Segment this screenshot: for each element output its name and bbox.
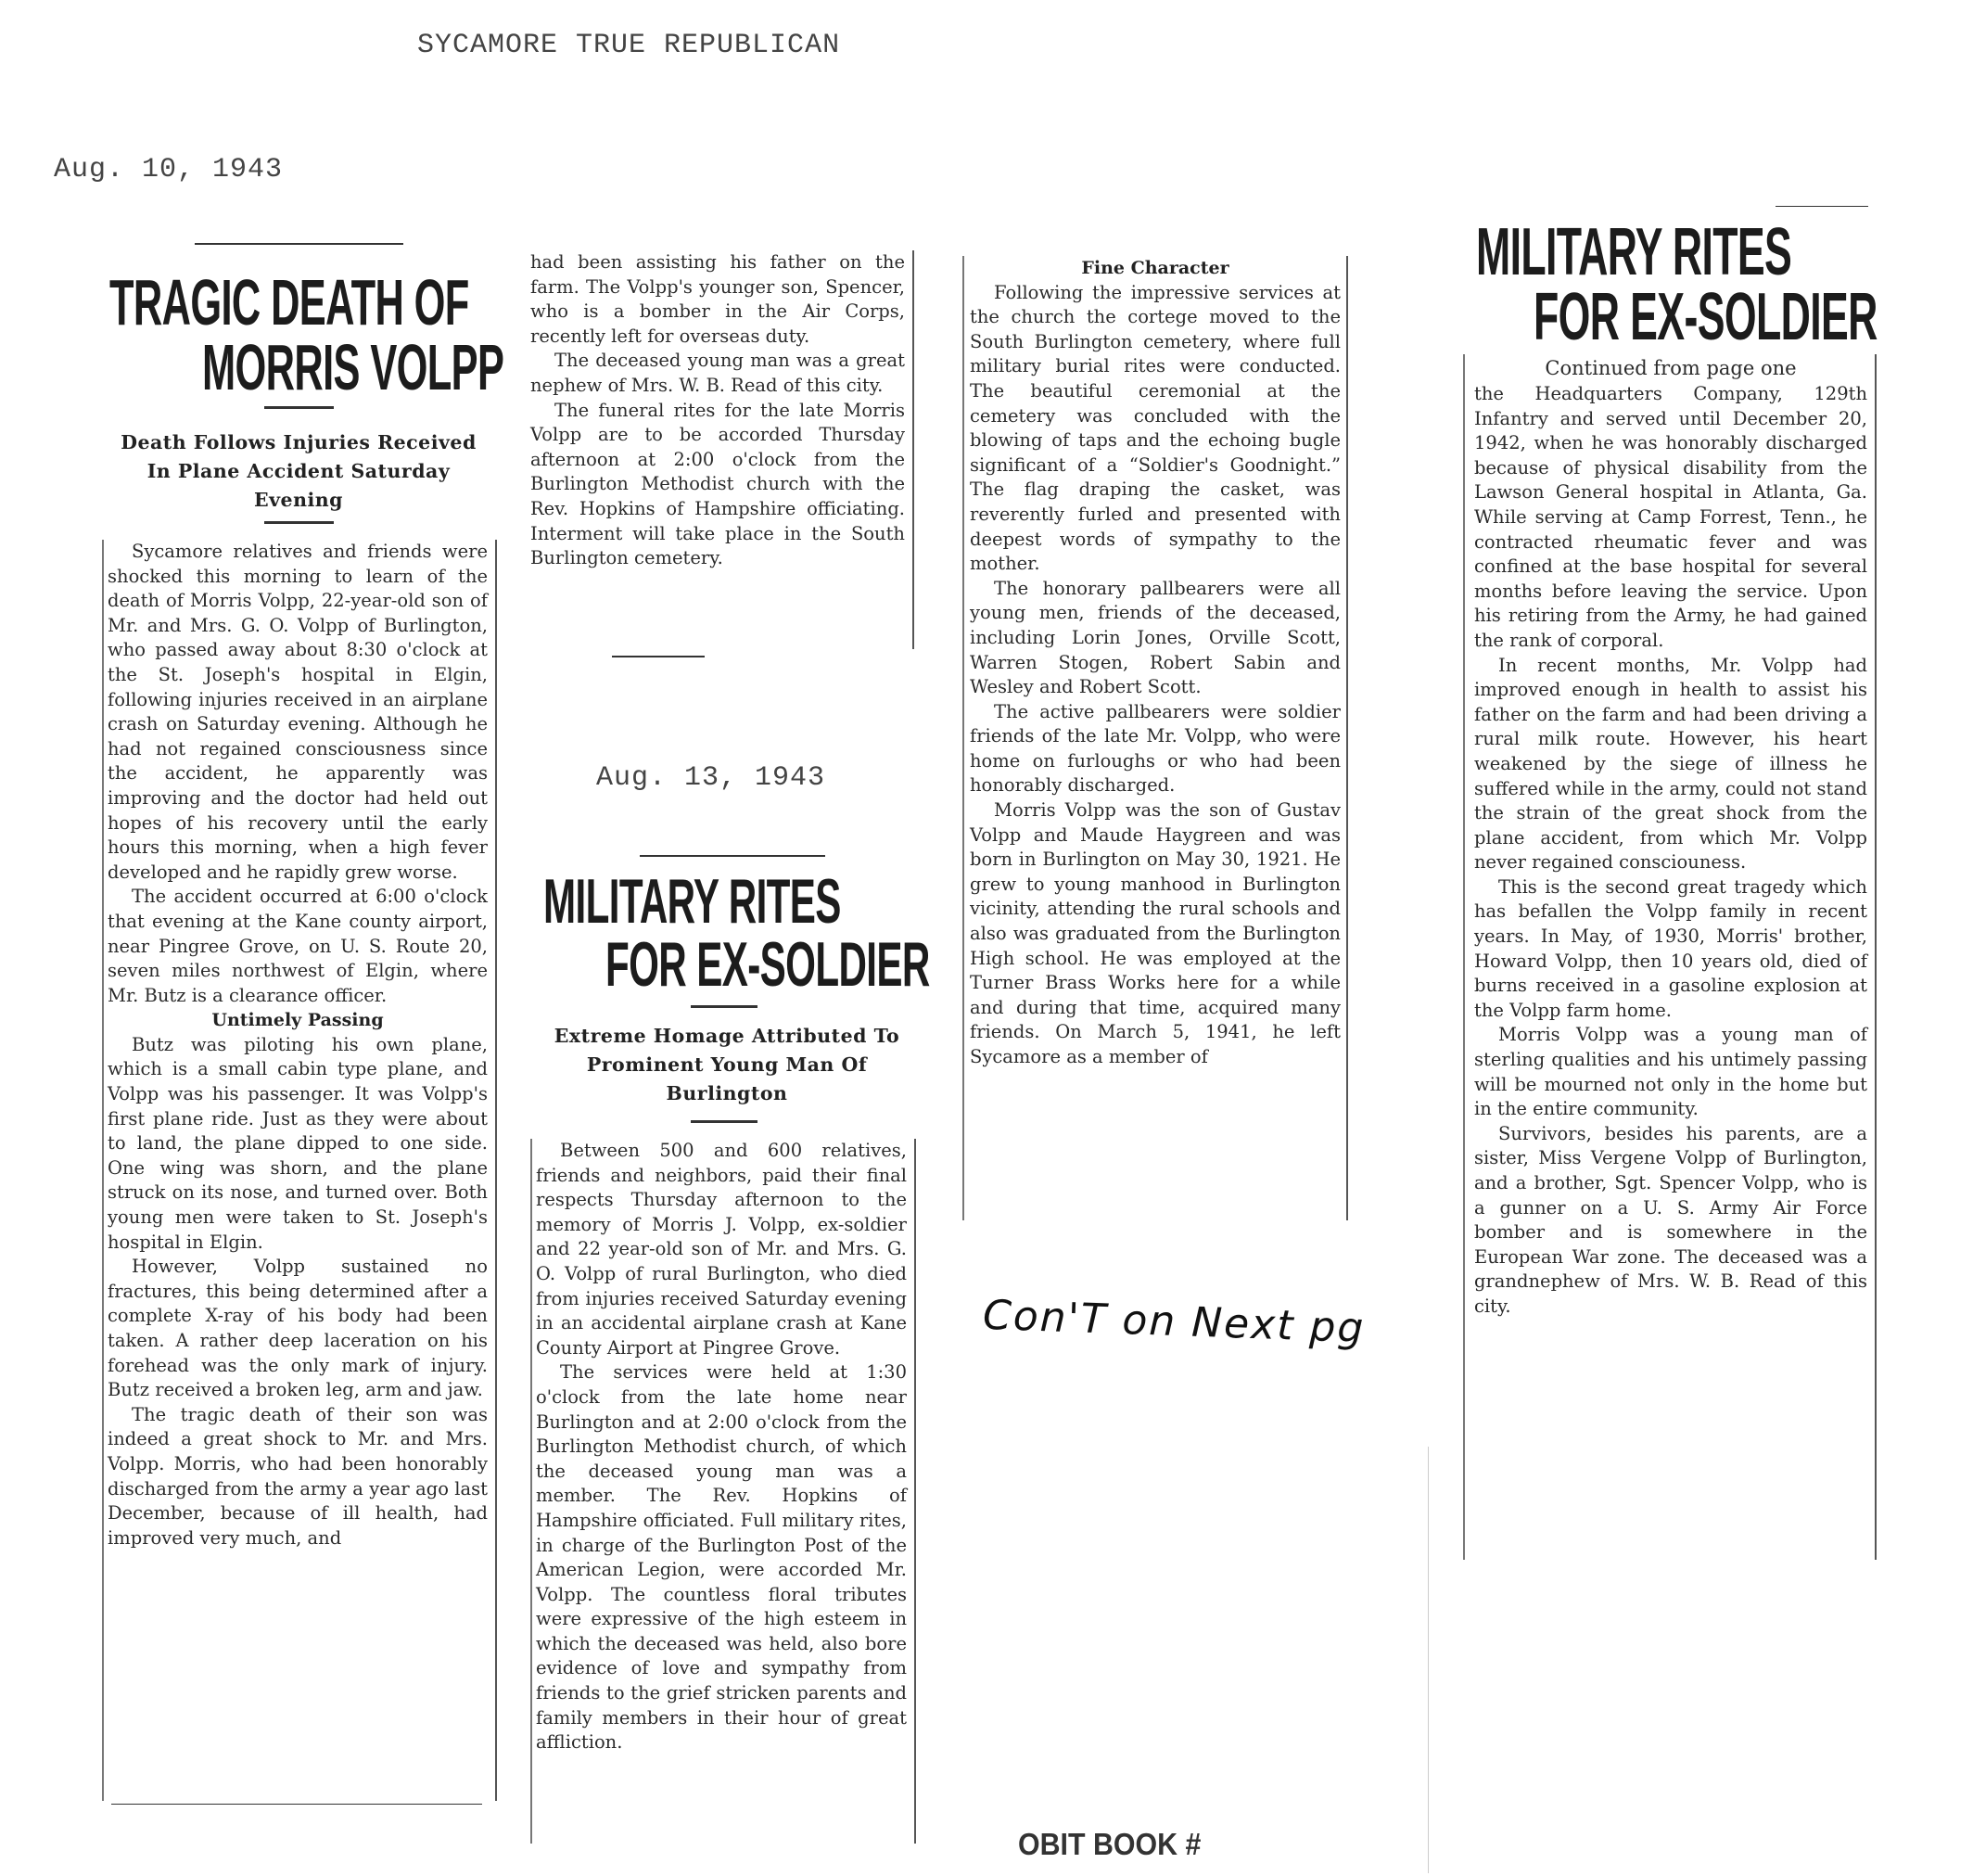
rule <box>264 406 334 409</box>
paragraph: Morris Volpp was the son of Gustav Volpp… <box>970 798 1341 1070</box>
paragraph: The active pallbearers were soldier frie… <box>970 700 1341 798</box>
paragraph: However, Volpp sustained no fractures, t… <box>108 1255 488 1403</box>
paragraph: Morris Volpp was a young man of sterling… <box>1474 1023 1867 1121</box>
paragraph: had been assisting his father on the far… <box>530 250 905 349</box>
paragraph: Butz was piloting his own plane, which i… <box>108 1033 488 1255</box>
end-rule <box>612 656 705 657</box>
rule <box>691 1120 757 1123</box>
article2-column-1: Between 500 and 600 relatives, friends a… <box>530 1139 916 1844</box>
article3-column: Continued from page one the Headquarters… <box>1463 354 1877 1560</box>
paragraph: The tragic death of their son was indeed… <box>108 1403 488 1551</box>
article1-column-1: Sycamore relatives and friends were shoc… <box>102 540 497 1801</box>
paragraph: The honorary pallbearers were all young … <box>970 577 1341 700</box>
paragraph: Following the impressive services at the… <box>970 281 1341 577</box>
headline-line-2: FOR EX-SOLDIER <box>605 933 930 996</box>
article1-deck: Death Follows Injuries Received In Plane… <box>106 428 491 515</box>
paragraph: the Headquarters Company, 129th Infantry… <box>1474 382 1867 654</box>
paragraph: Sycamore relatives and friends were shoc… <box>108 540 488 885</box>
paragraph: Between 500 and 600 relatives, friends a… <box>536 1139 907 1360</box>
bottom-rule <box>111 1804 482 1805</box>
paragraph: Survivors, besides his parents, are a si… <box>1474 1122 1867 1320</box>
paragraph: In recent months, Mr. Volpp had improved… <box>1474 654 1867 875</box>
paragraph: The accident occurred at 6:00 o'clock th… <box>108 885 488 1008</box>
paragraph: The services were held at 1:30 o'clock f… <box>536 1360 907 1755</box>
article1-column-2: had been assisting his father on the far… <box>530 250 914 649</box>
headline-line-2: MORRIS VOLPP <box>202 335 503 400</box>
subhead-fine-character: Fine Character <box>970 256 1341 281</box>
article-military-rites: MILITARY RITES FOR EX-SOLDIER <box>536 862 916 1029</box>
scan-edge-line <box>1428 1447 1429 1873</box>
headline-line-1: TRAGIC DEATH OF <box>109 270 469 335</box>
top-rule <box>1776 206 1868 207</box>
rule <box>691 1005 757 1008</box>
subhead-untimely-passing: Untimely Passing <box>108 1008 488 1033</box>
headline-line-1: MILITARY RITES <box>1476 219 1791 286</box>
top-rule <box>640 855 825 857</box>
article2-deck: Extreme Homage Attributed To Prominent Y… <box>538 1022 916 1108</box>
paragraph: The deceased young man was a great nephe… <box>530 349 905 398</box>
rule <box>264 521 334 524</box>
clipping-date-first: Aug. 10, 1943 <box>54 154 283 185</box>
continued-from-label: Continued from page one <box>1474 354 1867 382</box>
headline-line-2: FOR EX-SOLDIER <box>1534 284 1878 351</box>
paragraph: The funeral rites for the late Morris Vo… <box>530 399 905 571</box>
article2-column-2: Fine Character Following the impressive … <box>962 256 1348 1220</box>
handwritten-continued-note: Con'T on Next pg <box>982 1292 1366 1352</box>
paragraph: This is the second great tragedy which h… <box>1474 875 1867 1024</box>
top-rule <box>195 243 403 245</box>
obit-book-stamp: OBIT BOOK # <box>1018 1827 1201 1862</box>
clipping-date-second: Aug. 13, 1943 <box>596 762 825 794</box>
newspaper-masthead: SYCAMORE TRUE REPUBLICAN <box>417 30 840 61</box>
article-military-rites-continued: MILITARY RITES FOR EX-SOLDIER <box>1472 215 1880 354</box>
headline-line-1: MILITARY RITES <box>543 870 841 933</box>
